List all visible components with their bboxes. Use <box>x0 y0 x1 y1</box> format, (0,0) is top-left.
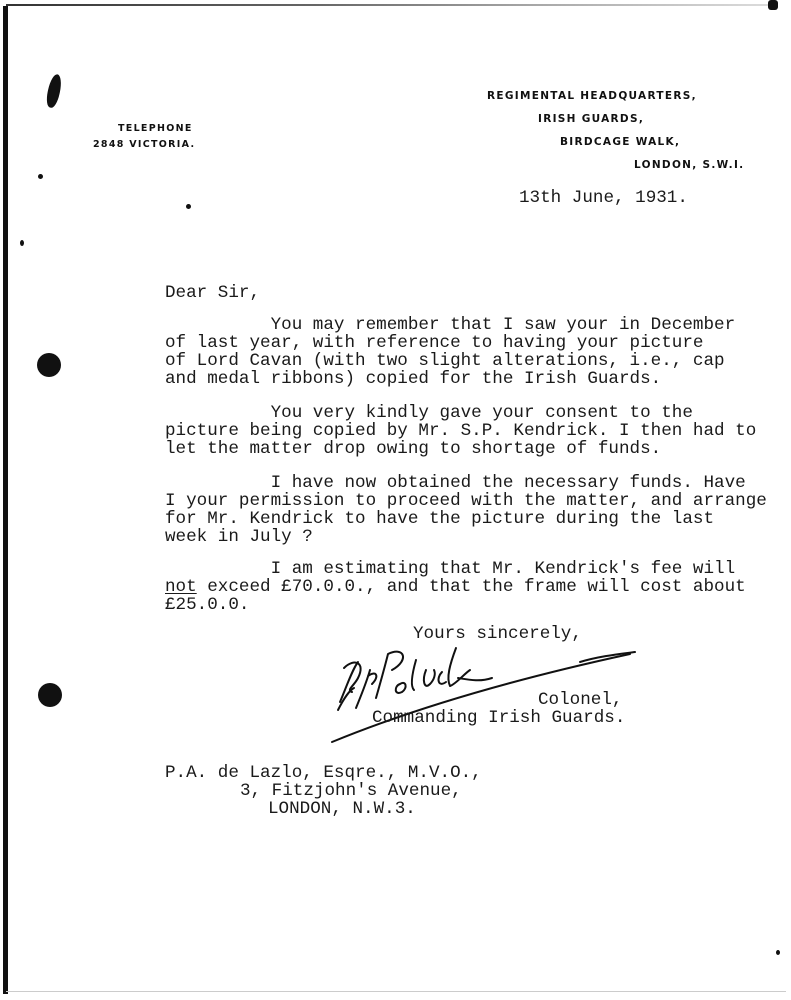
page-edge-bottom <box>6 991 786 992</box>
letterhead-line-hq: REGIMENTAL HEADQUARTERS, <box>487 90 697 102</box>
speck-mark <box>186 204 191 209</box>
punch-hole-bottom <box>38 683 62 707</box>
page-edge-left <box>3 6 8 994</box>
ink-blot-mark <box>45 73 64 109</box>
recipient-street: 3, Fitzjohn's Avenue, <box>240 782 462 800</box>
text-line: and medal ribbons) copied for the Irish … <box>165 369 661 389</box>
body-paragraph-2: You very kindly gave your consent to the… <box>165 404 756 458</box>
text-line: I am estimating that Mr. Kendrick's fee … <box>165 559 735 579</box>
text-line: £25.0.0. <box>165 595 249 615</box>
letter-date: 13th June, 1931. <box>519 189 688 207</box>
page-edge-top <box>6 4 776 6</box>
signatory-rank: Colonel, <box>538 691 622 709</box>
speck-mark <box>20 240 24 246</box>
text-line: let the matter drop owing to shortage of… <box>165 439 661 459</box>
body-paragraph-1: You may remember that I saw your in Dece… <box>165 316 735 388</box>
corner-mark <box>768 0 778 10</box>
punch-hole-top <box>37 353 61 377</box>
speck-mark <box>38 174 43 179</box>
telephone-label: TELEPHONE <box>118 123 193 134</box>
recipient-city: LONDON, N.W.3. <box>268 800 416 818</box>
underlined-word: not <box>165 577 197 597</box>
text-line: exceed £70.0.0., and that the frame will… <box>197 577 746 597</box>
salutation: Dear Sir, <box>165 284 260 302</box>
text-line: week in July ? <box>165 527 313 547</box>
speck-mark <box>776 950 780 955</box>
recipient-name: P.A. de Lazlo, Esqre., M.V.O., <box>165 764 482 782</box>
letterhead-line-city: LONDON, S.W.I. <box>634 159 744 171</box>
text-line: of last year, with reference to having y… <box>165 333 703 353</box>
signatory-command: Commanding Irish Guards. <box>372 709 625 727</box>
body-paragraph-4: I am estimating that Mr. Kendrick's fee … <box>165 560 746 614</box>
letterhead-line-street: BIRDCAGE WALK, <box>560 136 680 148</box>
text-line: You may remember that I saw your in Dece… <box>165 315 735 335</box>
text-line: I your permission to proceed with the ma… <box>165 491 767 511</box>
letterhead-line-regiment: IRISH GUARDS, <box>538 113 644 125</box>
telephone-number: 2848 VICTORIA. <box>93 139 195 150</box>
text-line: picture being copied by Mr. S.P. Kendric… <box>165 421 756 441</box>
text-line: I have now obtained the necessary funds.… <box>165 473 746 493</box>
text-line: of Lord Cavan (with two slight alteratio… <box>165 351 725 371</box>
text-line: for Mr. Kendrick to have the picture dur… <box>165 509 714 529</box>
body-paragraph-3: I have now obtained the necessary funds.… <box>165 474 767 546</box>
text-line: You very kindly gave your consent to the <box>165 403 693 423</box>
